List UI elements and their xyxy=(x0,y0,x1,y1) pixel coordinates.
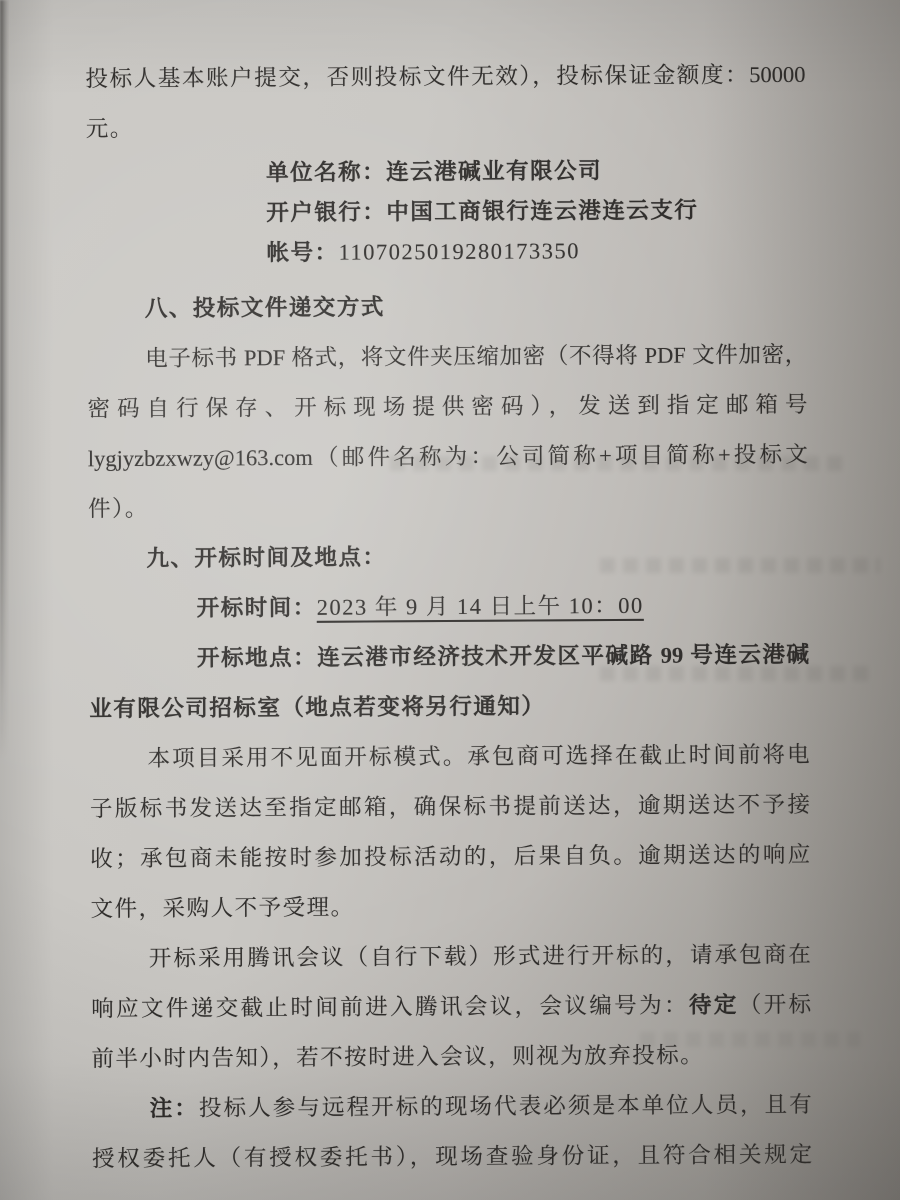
text-run: （开标 xyxy=(739,992,811,1017)
section-9-heading: 九、开标时间及地点： xyxy=(88,530,808,584)
text-run: 授权委托人（有授权委托书），现场查验身份证，且符合相关规定 xyxy=(92,1142,812,1171)
document-content: 投标人基本账户提交，否则投标文件无效），投标保证金额度：50000元。单位名称：… xyxy=(0,0,900,1185)
text-run: 电子标书 PDF 格式，将文件夹压缩加密（不得将 PDF 文件加密， xyxy=(145,342,807,371)
text-run: 待定 xyxy=(689,992,739,1017)
text-run: 件）。 xyxy=(88,496,149,521)
text-run: 1107025019280173350 xyxy=(338,238,580,264)
text-run: 投标人参与远程开标的现场代表必须是本单位人员，且有 xyxy=(199,1092,812,1121)
text-run: 业有限公司招标室（地点若变将另行通知） xyxy=(89,693,545,721)
text-run: 投标人基本账户提交，否则投标文件无效），投标保证金额度：50000 xyxy=(85,62,805,91)
opening-place-line-2: 业有限公司招标室（地点若变将另行通知） xyxy=(89,680,809,734)
text-run: 注： xyxy=(150,1096,199,1121)
text-run: 开标采用腾讯会议（自行下载）形式进行开标的，请承包商在 xyxy=(149,942,811,971)
photo-of-document: 投标人基本账户提交，否则投标文件无效），投标保证金额度：50000元。单位名称：… xyxy=(0,0,900,1200)
bid-bond-line-2: 元。 xyxy=(86,100,806,154)
text-run: 开标地点：连云港市经济技术开发区平碱路 99 号连云港碱 xyxy=(197,642,809,671)
text-run: 2023 年 9 月 14 日上午 10：00 xyxy=(317,593,644,620)
submission-line-1: 电子标书 PDF 格式，将文件夹压缩加密（不得将 PDF 文件加密， xyxy=(87,330,807,384)
text-run: 子版标书发送达至指定邮箱，确保标书提前送达，逾期送达不予接 xyxy=(90,792,810,821)
remote-mode-line-3: 收；承包商未能按时参加投标活动的，后果自负。逾期送达的响应 xyxy=(90,830,810,884)
company-name-line: 单位名称：连云港碱业有限公司 xyxy=(86,150,806,194)
note-line-2: 授权委托人（有授权委托书），现场查验身份证，且符合相关规定 xyxy=(92,1130,812,1184)
meeting-line-3: 前半小时内告知），若不按时进入会议，则视为放弃投标。 xyxy=(91,1030,811,1084)
text-run: 响应文件递交截止时间前进入腾讯会议，会议编号为： xyxy=(91,993,689,1022)
text-run: 九、开标时间及地点： xyxy=(146,544,386,570)
text-run: 八、投标文件递交方式 xyxy=(145,294,385,320)
text-run: 前半小时内告知），若不按时进入会议，则视为放弃投标。 xyxy=(91,1042,704,1071)
bid-bond-line-1: 投标人基本账户提交，否则投标文件无效），投标保证金额度：50000 xyxy=(85,50,805,104)
text-run: 元。 xyxy=(86,116,134,141)
text-run: 收；承包商未能按时参加投标活动的，后果自负。逾期送达的响应 xyxy=(90,842,810,871)
text-run: 单位名称：连云港碱业有限公司 xyxy=(266,158,602,185)
remote-mode-line-2: 子版标书发送达至指定邮箱，确保标书提前送达，逾期送达不予接 xyxy=(90,780,810,834)
text-run: 密码自行保存、开标现场提供密码），发送到指定邮箱号 xyxy=(87,392,807,421)
submission-line-3-email: lygjyzbzxwzy@163.com（邮件名称为：公司简称+项目简称+投标文 xyxy=(88,430,808,484)
text-run: 帐号： xyxy=(266,240,338,265)
text-run: 开户银行：中国工商银行连云港连云支行 xyxy=(266,197,698,225)
meeting-line-1: 开标采用腾讯会议（自行下载）形式进行开标的，请承包商在 xyxy=(91,930,811,984)
text-run: 文件，采购人不予受理。 xyxy=(90,895,354,922)
remote-mode-line-4: 文件，采购人不予受理。 xyxy=(90,880,810,934)
text-run: 开标时间： xyxy=(197,595,317,621)
submission-line-2: 密码自行保存、开标现场提供密码），发送到指定邮箱号 xyxy=(87,380,807,434)
opening-time-line: 开标时间：2023 年 9 月 14 日上午 10：00 xyxy=(89,580,809,634)
text-run: 本项目采用不见面开标模式。承包商可选择在截止时间前将电 xyxy=(148,742,810,771)
account-line: 帐号：1107025019280173350 xyxy=(86,230,806,274)
bank-line: 开户银行：中国工商银行连云港连云支行 xyxy=(86,190,806,234)
text-run: lygjyzbzxwzy@163.com（邮件名称为：公司简称+项目简称+投标文 xyxy=(88,442,808,471)
submission-line-4: 件）。 xyxy=(88,480,808,534)
section-8-heading: 八、投标文件递交方式 xyxy=(87,280,807,334)
remote-mode-line-1: 本项目采用不见面开标模式。承包商可选择在截止时间前将电 xyxy=(89,730,809,784)
note-line-1: 注：投标人参与远程开标的现场代表必须是本单位人员，且有 xyxy=(92,1080,812,1134)
meeting-line-2: 响应文件递交截止时间前进入腾讯会议，会议编号为：待定（开标 xyxy=(91,980,811,1034)
opening-place-line-1: 开标地点：连云港市经济技术开发区平碱路 99 号连云港碱 xyxy=(89,630,809,684)
